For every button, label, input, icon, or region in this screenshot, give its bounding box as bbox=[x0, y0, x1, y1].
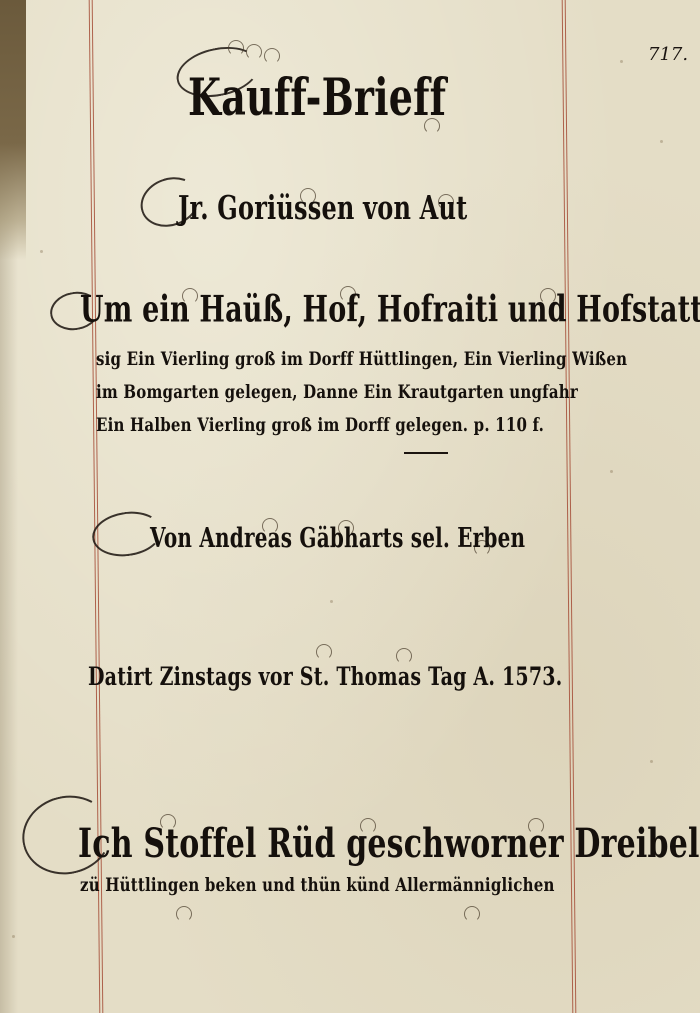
manuscript-page: 717. Kauff-Brieff Jr. Goriüssen von Aut … bbox=[0, 0, 700, 1013]
paper-speck bbox=[620, 60, 623, 63]
vendor-line: Von Andreas Gäbharts sel. Erben bbox=[150, 522, 525, 554]
party-line: Jr. Goriüssen von Aut bbox=[178, 188, 467, 227]
curl-ornament bbox=[228, 40, 244, 56]
object-heading: Um ein Haüß, Hof, Hofraiti und Hofstatt bbox=[80, 289, 700, 331]
paper-speck bbox=[660, 140, 663, 143]
price-underline bbox=[404, 452, 448, 454]
paper-speck bbox=[40, 250, 43, 253]
curl-ornament bbox=[246, 44, 262, 60]
paper-speck bbox=[650, 760, 653, 763]
curl-ornament bbox=[464, 906, 480, 922]
paper-speck bbox=[330, 600, 333, 603]
document-title: Kauff-Brieff bbox=[188, 66, 446, 127]
description-line-2: im Bomgarten gelegen, Danne Ein Krautgar… bbox=[96, 381, 578, 404]
date-line: Datirt Zinstags vor St. Thomas Tag A. 15… bbox=[88, 662, 562, 692]
binding-edge bbox=[0, 0, 26, 260]
description-line-3: Ein Halben Vierling groß im Dorff gelege… bbox=[96, 414, 544, 437]
curl-ornament bbox=[264, 48, 280, 64]
curl-ornament bbox=[316, 644, 332, 660]
folio-number: 717. bbox=[648, 44, 688, 65]
paper-speck bbox=[610, 470, 613, 473]
deed-opening-continued: zü Hüttlingen beken und thün künd Allerm… bbox=[80, 874, 555, 897]
deed-opening: Ich Stoffel Rüd geschworner Dreibel bbox=[78, 821, 700, 868]
curl-ornament bbox=[176, 906, 192, 922]
paper-speck bbox=[12, 935, 15, 938]
description-line-1: sig Ein Vierling groß im Dorff Hüttlinge… bbox=[96, 348, 627, 371]
